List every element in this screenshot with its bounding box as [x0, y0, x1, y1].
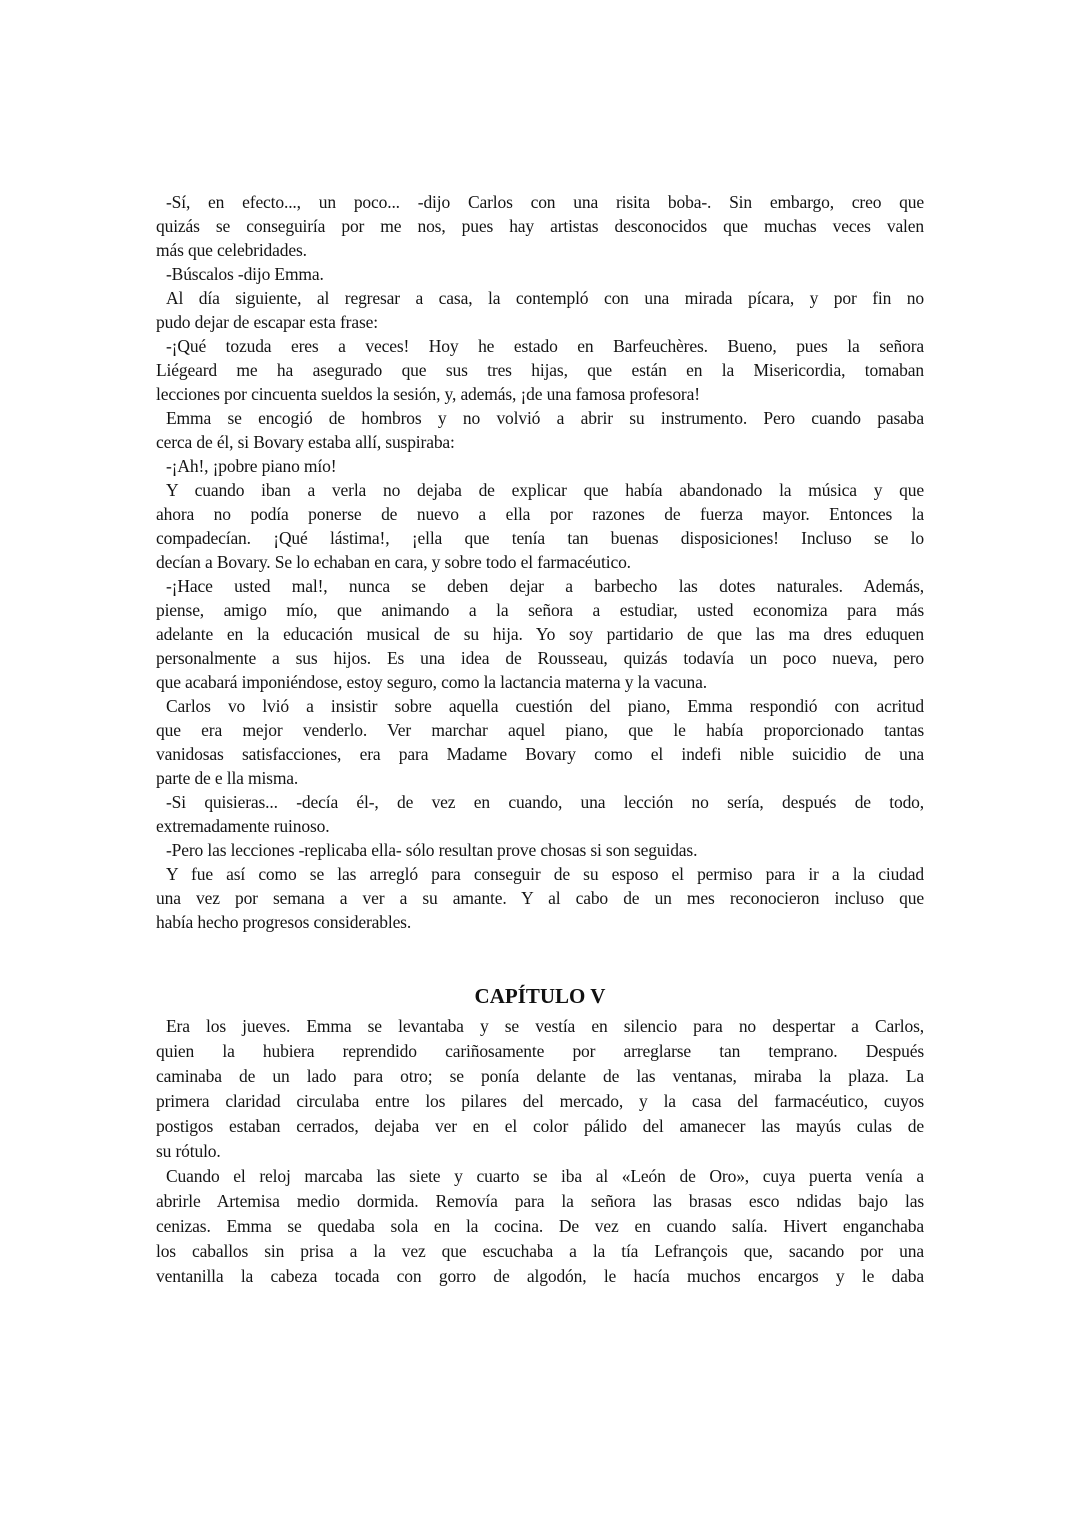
- text-line: había hecho progresos considerables.: [156, 910, 924, 934]
- paragraph: -¡Ah!, ¡pobre piano mío!: [156, 454, 924, 478]
- text-line: quizás se conseguiría por me nos, pues h…: [156, 214, 924, 238]
- text-line: -Sí, en efecto..., un poco... -dijo Carl…: [156, 190, 924, 214]
- text-line: Emma se encogió de hombros y no volvió a…: [156, 406, 924, 430]
- paragraph: Y fue así como se las arregló para conse…: [156, 862, 924, 934]
- text-line: parte de e lla misma.: [156, 766, 924, 790]
- text-line: primera claridad circulaba entre los pil…: [156, 1089, 924, 1114]
- paragraph: -¡Hace usted mal!, nunca se deben dejar …: [156, 574, 924, 694]
- text-line: extremadamente ruinoso.: [156, 814, 924, 838]
- paragraph: Emma se encogió de hombros y no volvió a…: [156, 406, 924, 454]
- text-line: adelante en la educación musical de su h…: [156, 622, 924, 646]
- text-line: -¡Qué tozuda eres a veces! Hoy he estado…: [156, 334, 924, 358]
- paragraph: -¡Qué tozuda eres a veces! Hoy he estado…: [156, 334, 924, 406]
- paragraph: Carlos vo lvió a insistir sobre aquella …: [156, 694, 924, 790]
- paragraph: Y cuando iban a verla no dejaba de expli…: [156, 478, 924, 574]
- paragraph: -Búscalos -dijo Emma.: [156, 262, 924, 286]
- paragraph: -Si quisieras... -decía él-, de vez en c…: [156, 790, 924, 838]
- text-line: lecciones por cincuenta sueldos la sesió…: [156, 382, 924, 406]
- paragraph: -Pero las lecciones -replicaba ella- sól…: [156, 838, 924, 862]
- text-line: más que celebridades.: [156, 238, 924, 262]
- section-before-heading: -Sí, en efecto..., un poco... -dijo Carl…: [156, 190, 924, 934]
- text-line: pudo dejar de escapar esta frase:: [156, 310, 924, 334]
- text-line: Cuando el reloj marcaba las siete y cuar…: [156, 1164, 924, 1189]
- text-line: compadecían. ¡Qué lástima!, ¡ella que te…: [156, 526, 924, 550]
- text-line: personalmente a sus hijos. Es una idea d…: [156, 646, 924, 670]
- text-line: Liégeard me ha asegurado que sus tres hi…: [156, 358, 924, 382]
- text-line: vanidosas satisfacciones, era para Madam…: [156, 742, 924, 766]
- text-line: -Búscalos -dijo Emma.: [156, 262, 924, 286]
- text-line: ventanilla la cabeza tocada con gorro de…: [156, 1264, 924, 1289]
- paragraph: Era los jueves. Emma se levantaba y se v…: [156, 1014, 924, 1164]
- text-line: caminaba de un lado para otro; se ponía …: [156, 1064, 924, 1089]
- paragraph: -Sí, en efecto..., un poco... -dijo Carl…: [156, 190, 924, 262]
- text-line: su rótulo.: [156, 1139, 924, 1164]
- text-line: postigos estaban cerrados, dejaba ver en…: [156, 1114, 924, 1139]
- text-line: abrirle Artemisa medio dormida. Removía …: [156, 1189, 924, 1214]
- text-line: quien la hubiera reprendido cariñosament…: [156, 1039, 924, 1064]
- text-line: decían a Bovary. Se lo echaban en cara, …: [156, 550, 924, 574]
- text-line: cerca de él, si Bovary estaba allí, susp…: [156, 430, 924, 454]
- text-line: -¡Ah!, ¡pobre piano mío!: [156, 454, 924, 478]
- text-line: -¡Hace usted mal!, nunca se deben dejar …: [156, 574, 924, 598]
- text-line: piense, amigo mío, que animando a la señ…: [156, 598, 924, 622]
- text-line: -Si quisieras... -decía él-, de vez en c…: [156, 790, 924, 814]
- text-line: Y cuando iban a verla no dejaba de expli…: [156, 478, 924, 502]
- text-line: Al día siguiente, al regresar a casa, la…: [156, 286, 924, 310]
- text-line: que era mejor venderlo. Ver marchar aque…: [156, 718, 924, 742]
- text-line: -Pero las lecciones -replicaba ella- sól…: [156, 838, 924, 862]
- paragraph: Al día siguiente, al regresar a casa, la…: [156, 286, 924, 334]
- text-line: ahora no podía ponerse de nuevo a ella p…: [156, 502, 924, 526]
- text-line: cenizas. Emma se quedaba sola en la coci…: [156, 1214, 924, 1239]
- text-line: los caballos sin prisa a la vez que escu…: [156, 1239, 924, 1264]
- text-line: que acabará imponiéndose, estoy seguro, …: [156, 670, 924, 694]
- text-line: Y fue así como se las arregló para conse…: [156, 862, 924, 886]
- book-page: -Sí, en efecto..., un poco... -dijo Carl…: [0, 0, 1080, 1525]
- text-line: Era los jueves. Emma se levantaba y se v…: [156, 1014, 924, 1039]
- text-line: una vez por semana a ver a su amante. Y …: [156, 886, 924, 910]
- text-column: -Sí, en efecto..., un poco... -dijo Carl…: [156, 190, 924, 1289]
- section-after-heading: Era los jueves. Emma se levantaba y se v…: [156, 1014, 924, 1289]
- text-line: Carlos vo lvió a insistir sobre aquella …: [156, 694, 924, 718]
- chapter-heading: CAPÍTULO V: [156, 984, 924, 1008]
- paragraph: Cuando el reloj marcaba las siete y cuar…: [156, 1164, 924, 1289]
